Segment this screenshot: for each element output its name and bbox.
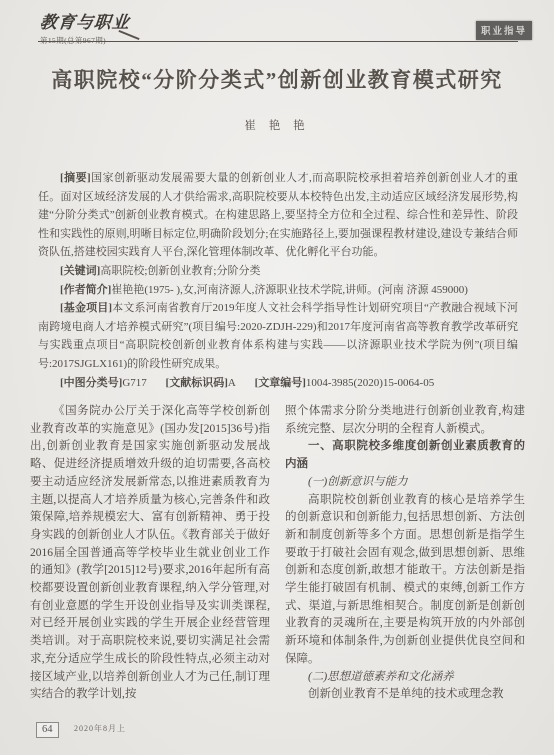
author-bio-text: 崔艳艳(1975- ),女,河南济源人,济源职业技术学院,讲师。(河南 济源 4… <box>111 284 468 296</box>
clc-value: G717 <box>122 377 146 389</box>
header-rule <box>38 41 518 42</box>
issue-date: 2020年8月上 <box>74 723 126 734</box>
fund-label: [基金项目] <box>60 302 112 314</box>
clc-label: [中图分类号] <box>60 377 122 389</box>
author-bio-label: [作者简介] <box>60 284 111 296</box>
keywords: [关键词]高职院校;创新创业教育;分阶分类 <box>38 262 518 281</box>
doc-code-value: A <box>228 377 236 389</box>
paragraph-continuation: 照个体需求分阶分类地进行创新创业教育,构建系统完整、层次分明的全程育人新模式。 <box>285 403 525 438</box>
journal-page: 教育与职业 第15期(总第967期) 职业指导 高职院校“分阶分类式”创新创业教… <box>0 0 554 755</box>
right-column: 照个体需求分阶分类地进行创新创业教育,构建系统完整、层次分明的全程育人新模式。 … <box>285 403 525 704</box>
left-column: 《国务院办公厅关于深化高等学校创新创业教育改革的实施意见》(国办发[2015]3… <box>30 403 270 704</box>
abstract-label: [摘要] <box>60 172 91 184</box>
article-id-value: 1004-3985(2020)15-0064-05 <box>306 377 434 389</box>
section-badge: 职业指导 <box>476 21 532 40</box>
keywords-label: [关键词] <box>60 265 100 277</box>
author-bio: [作者简介]崔艳艳(1975- ),女,河南济源人,济源职业技术学院,讲师。(河… <box>38 281 518 300</box>
journal-logo: 教育与职业 <box>39 8 132 33</box>
paragraph: 创新创业教育不是单纯的技术或理念教 <box>285 686 525 704</box>
page-number: 64 <box>36 722 59 738</box>
article-id-pair: [文章编号]1004-3985(2020)15-0064-05 <box>255 377 435 389</box>
abstract-text: 国家创新驱动发展需要大量的创新创业人才,而高职院校承担着培养创新创业人才的重任。… <box>38 172 518 258</box>
classification-line: [中图分类号]G717 [文献标识码]A [文章编号]1004-3985(202… <box>38 374 518 393</box>
keywords-text: 高职院校;创新创业教育;分阶分类 <box>100 265 260 277</box>
body-columns: 《国务院办公厅关于深化高等学校创新创业教育改革的实施意见》(国办发[2015]3… <box>30 403 526 704</box>
author-name: 崔 艳 艳 <box>0 117 554 133</box>
clc-pair: [中图分类号]G717 <box>60 377 147 389</box>
section-heading: 一、高职院校多维度创新创业素质教育的内涵 <box>285 438 525 473</box>
subsection-heading-1: (一)创新意识与能力 <box>285 474 525 492</box>
front-matter: [摘要]国家创新驱动发展需要大量的创新创业人才,而高职院校承担着培养创新创业人才… <box>38 169 518 392</box>
paragraph: 高职院校创新创业教育的核心是培养学生的创新意识和创新能力,包括思想创新、方法创新… <box>285 492 525 669</box>
article-id-label: [文章编号] <box>255 377 306 389</box>
article-title: 高职院校“分阶分类式”创新创业教育模式研究 <box>0 64 554 94</box>
paragraph: 《国务院办公厅关于深化高等学校创新创业教育改革的实施意见》(国办发[2015]3… <box>30 403 270 704</box>
fund-project: [基金项目]本文系河南省教育厅2019年度人文社会科学指导性计划研究项目“产教融… <box>38 299 518 373</box>
doc-code-pair: [文献标识码]A <box>166 377 236 389</box>
doc-code-label: [文献标识码] <box>166 377 228 389</box>
abstract: [摘要]国家创新驱动发展需要大量的创新创业人才,而高职院校承担着培养创新创业人才… <box>38 169 518 262</box>
subsection-heading-2: (二)思想道德素养和文化涵养 <box>285 669 525 687</box>
